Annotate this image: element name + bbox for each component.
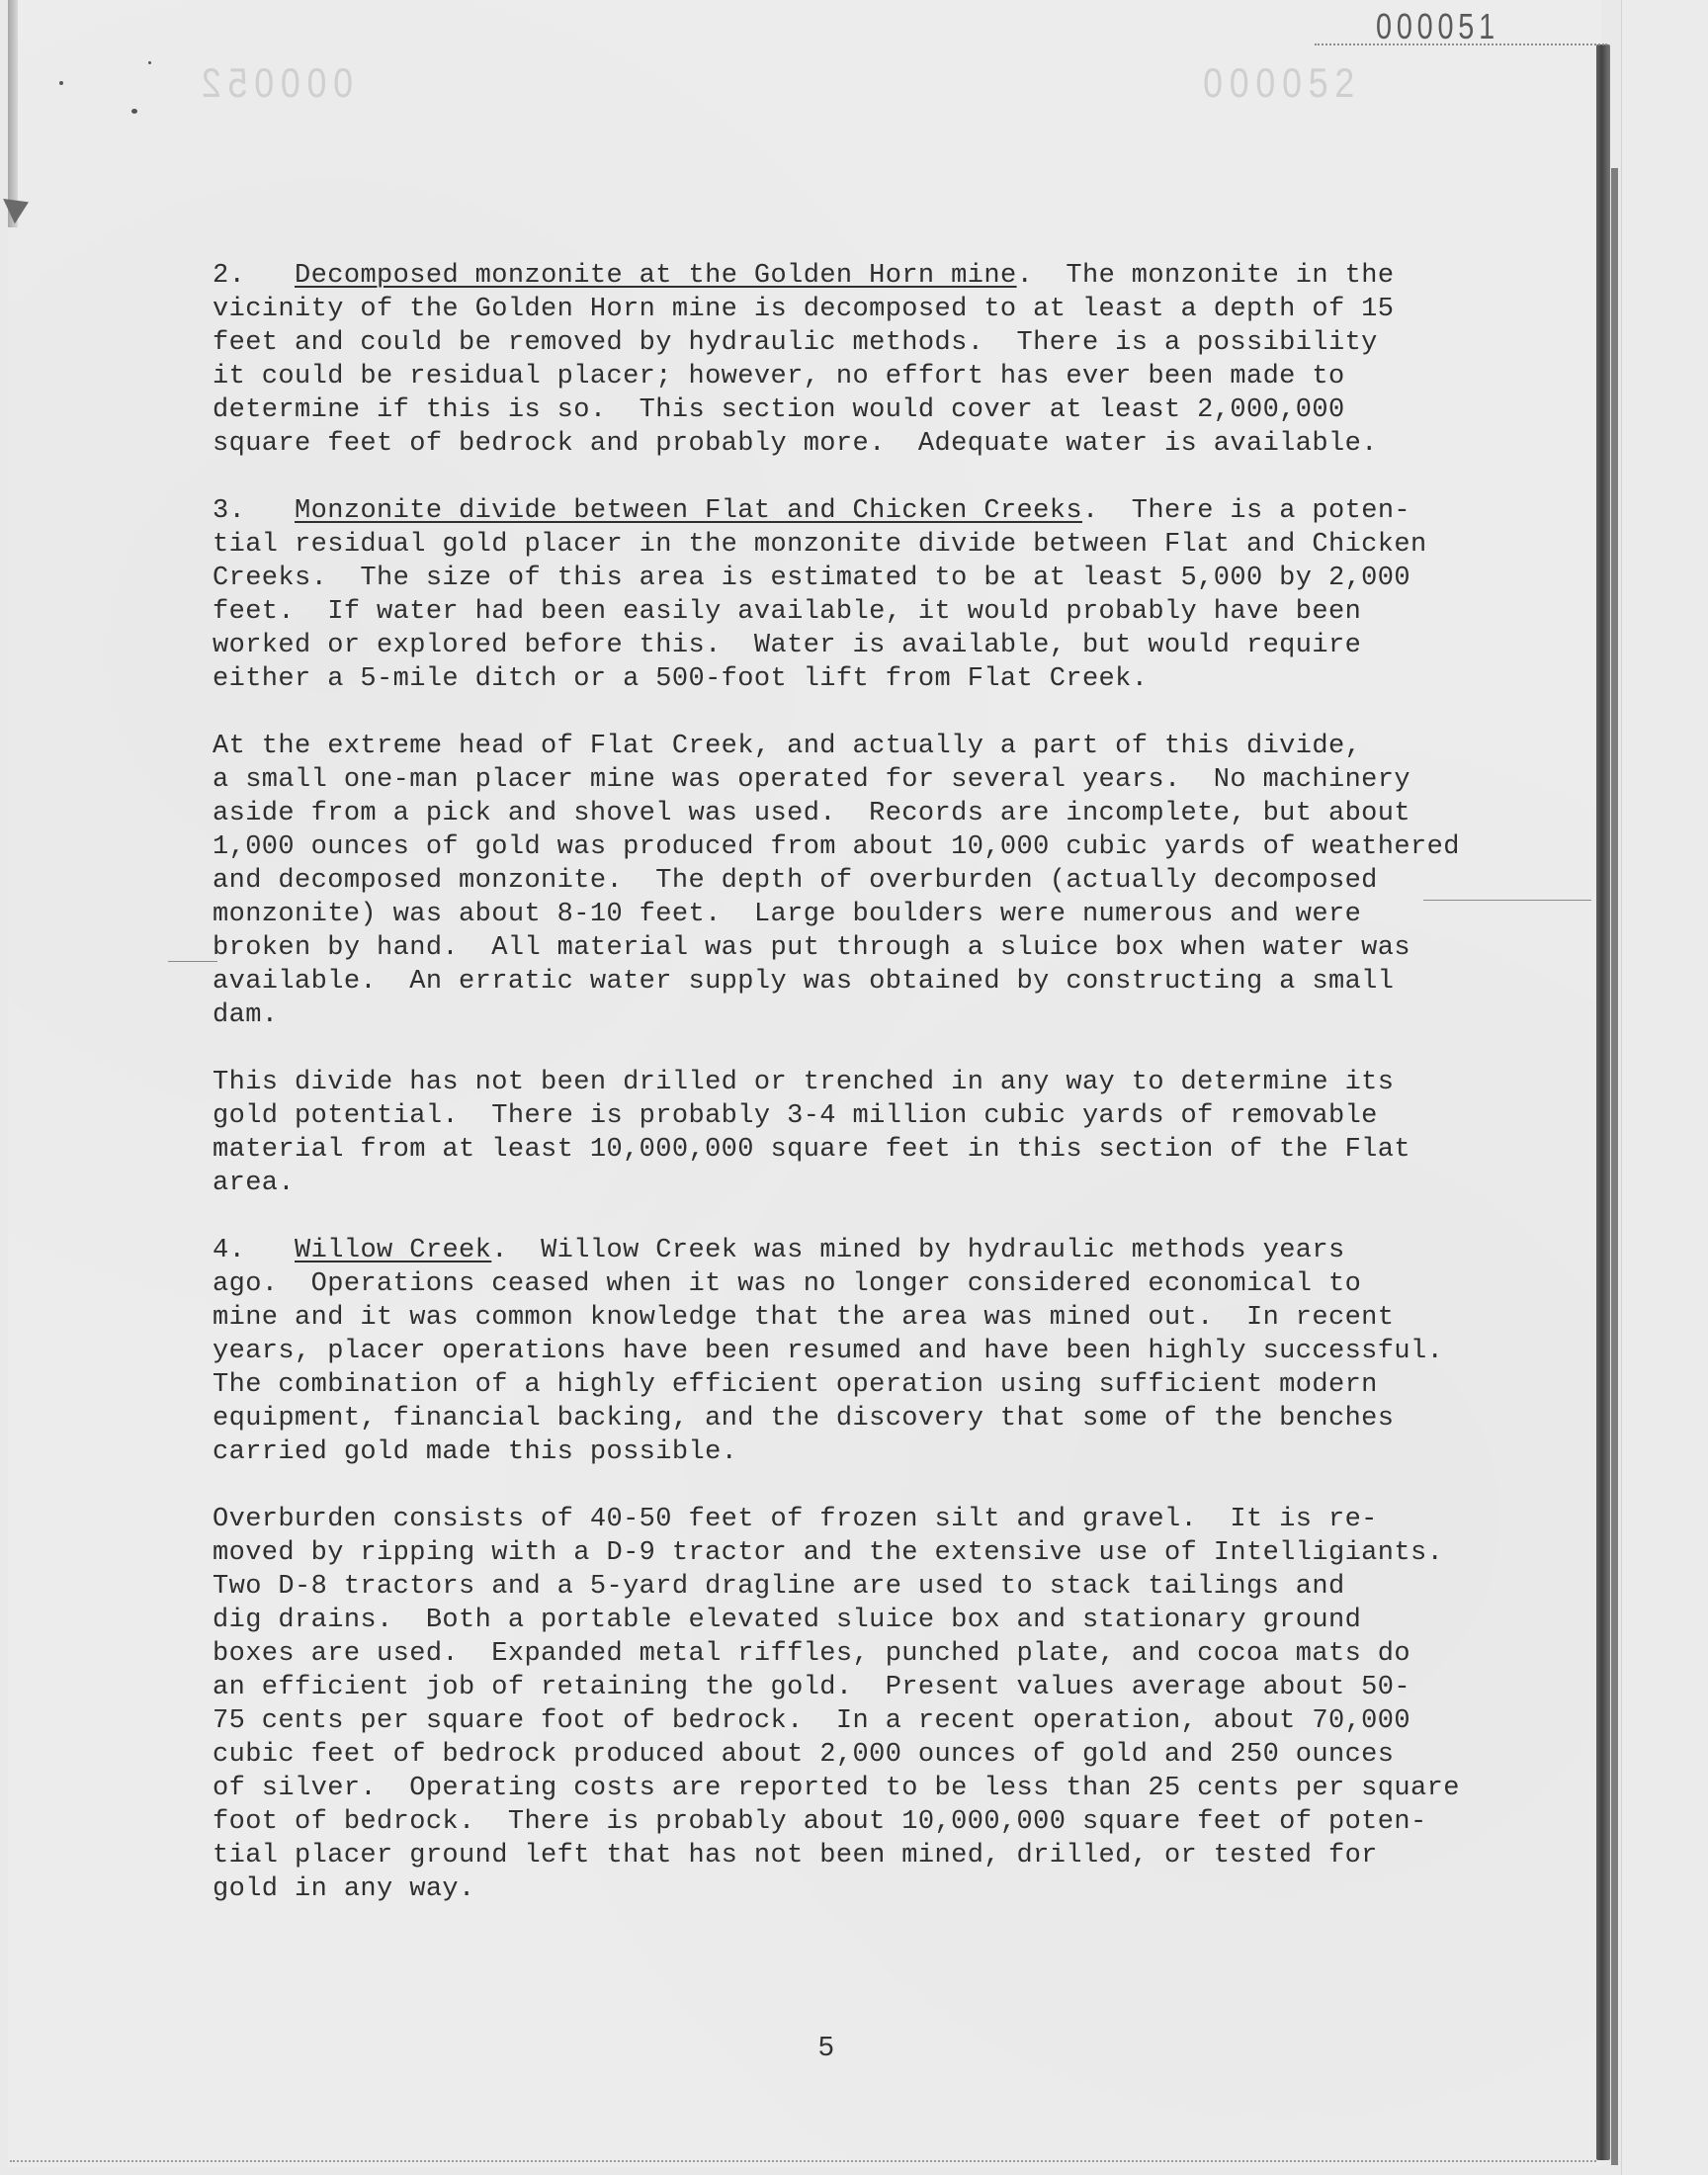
section-3-paragraph-1: At the extreme head of Flat Creek, and a… [213, 730, 1497, 1032]
text-line: aside from a pick and shovel was used. R… [213, 799, 1410, 828]
section-number: 2. [213, 261, 245, 291]
text-line: feet and could be removed by hydraulic m… [213, 328, 1378, 358]
section-heading: Willow Creek [295, 1236, 491, 1265]
text-line: material from at least 10,000,000 square… [213, 1135, 1410, 1165]
text-line: Creeks. The size of this area is estimat… [213, 564, 1410, 593]
page-stack-edge-secondary [1611, 168, 1618, 2165]
text-line: This divide has not been drilled or tren… [213, 1068, 1394, 1097]
text-line: worked or explored before this. Water is… [213, 631, 1361, 660]
text-line: At the extreme head of Flat Creek, and a… [213, 732, 1361, 761]
text-line: mine and it was common knowledge that th… [213, 1303, 1394, 1333]
text-line: 75 cents per square foot of bedrock. In … [213, 1706, 1410, 1736]
text-line: Two D-8 tractors and a 5-yard dragline a… [213, 1572, 1345, 1602]
text-line: feet. If water had been easily available… [213, 597, 1361, 627]
text-line: equipment, financial backing, and the di… [213, 1404, 1394, 1434]
stray-pen-line [168, 961, 217, 962]
text-line: broken by hand. All material was put thr… [213, 933, 1410, 963]
text-line: dig drains. Both a portable elevated slu… [213, 1606, 1361, 1635]
text-line: carried gold made this possible. [213, 1437, 737, 1467]
section-4-paragraph-1: Overburden consists of 40-50 feet of fro… [213, 1503, 1497, 1906]
text-line: determine if this is so. This section wo… [213, 395, 1345, 425]
section-number: 3. [213, 496, 245, 526]
bates-number: 000051 [1376, 6, 1499, 47]
text-line: available. An erratic water supply was o… [213, 967, 1394, 997]
text-line: and decomposed monzonite. The depth of o… [213, 866, 1378, 896]
section-heading: Decomposed monzonite at the Golden Horn … [295, 261, 1017, 291]
section-2: 2. Decomposed monzonite at the Golden Ho… [213, 259, 1497, 461]
text-line: The monzonite in the [1066, 261, 1394, 291]
bottom-dotted-rule [10, 2160, 1596, 2162]
section-3-paragraph-2: This divide has not been drilled or tren… [213, 1066, 1497, 1200]
section-number: 4. [213, 1236, 245, 1265]
document-body: 2. Decomposed monzonite at the Golden Ho… [213, 259, 1497, 1940]
text-line: a small one-man placer mine was operated… [213, 765, 1410, 795]
scan-speck [59, 81, 63, 85]
text-line: tial placer ground left that has not bee… [213, 1841, 1378, 1870]
section-4: 4. Willow Creek. Willow Creek was mined … [213, 1234, 1497, 1469]
page-number: 5 [818, 2031, 834, 2062]
text-line: it could be residual placer; however, no… [213, 362, 1345, 391]
section-heading: Monzonite divide between Flat and Chicke… [295, 496, 1082, 526]
text-line: either a 5-mile ditch or a 500-foot lift… [213, 664, 1148, 694]
text-line: 1,000 ounces of gold was produced from a… [213, 832, 1460, 862]
text-line: tial residual gold placer in the monzoni… [213, 530, 1427, 560]
text-line: Overburden consists of 40-50 feet of fro… [213, 1505, 1378, 1534]
text-line: boxes are used. Expanded metal riffles, … [213, 1639, 1410, 1669]
text-line: gold potential. There is probably 3-4 mi… [213, 1101, 1378, 1131]
scan-speck [148, 61, 151, 64]
scan-margin [1621, 0, 1708, 2175]
text-line: dam. [213, 1000, 278, 1030]
text-line: moved by ripping with a D-9 tractor and … [213, 1538, 1443, 1568]
text-line: gold in any way. [213, 1874, 475, 1904]
text-line: The combination of a highly efficient op… [213, 1370, 1378, 1400]
scan-speck [131, 109, 137, 114]
ghost-bates-number-right: 000052 [1203, 59, 1361, 107]
text-line: foot of bedrock. There is probably about… [213, 1807, 1427, 1837]
text-line: area. [213, 1169, 295, 1198]
text-line: square feet of bedrock and probably more… [213, 429, 1378, 459]
text-line: There is a poten- [1132, 496, 1410, 526]
section-3: 3. Monzonite divide between Flat and Chi… [213, 494, 1497, 696]
page-stack-edge [1596, 44, 1610, 2160]
text-line: Willow Creek was mined by hydraulic meth… [541, 1236, 1345, 1265]
text-line: cubic feet of bedrock produced about 2,0… [213, 1740, 1394, 1770]
text-line: ago. Operations ceased when it was no lo… [213, 1269, 1361, 1299]
text-line: years, placer operations have been resum… [213, 1337, 1443, 1366]
text-line: monzonite) was about 8-10 feet. Large bo… [213, 900, 1361, 929]
text-line: vicinity of the Golden Horn mine is deco… [213, 295, 1394, 324]
text-line: of silver. Operating costs are reported … [213, 1774, 1460, 1803]
text-line: an efficient job of retaining the gold. … [213, 1673, 1410, 1702]
ghost-bates-number: 000052 [195, 59, 353, 107]
